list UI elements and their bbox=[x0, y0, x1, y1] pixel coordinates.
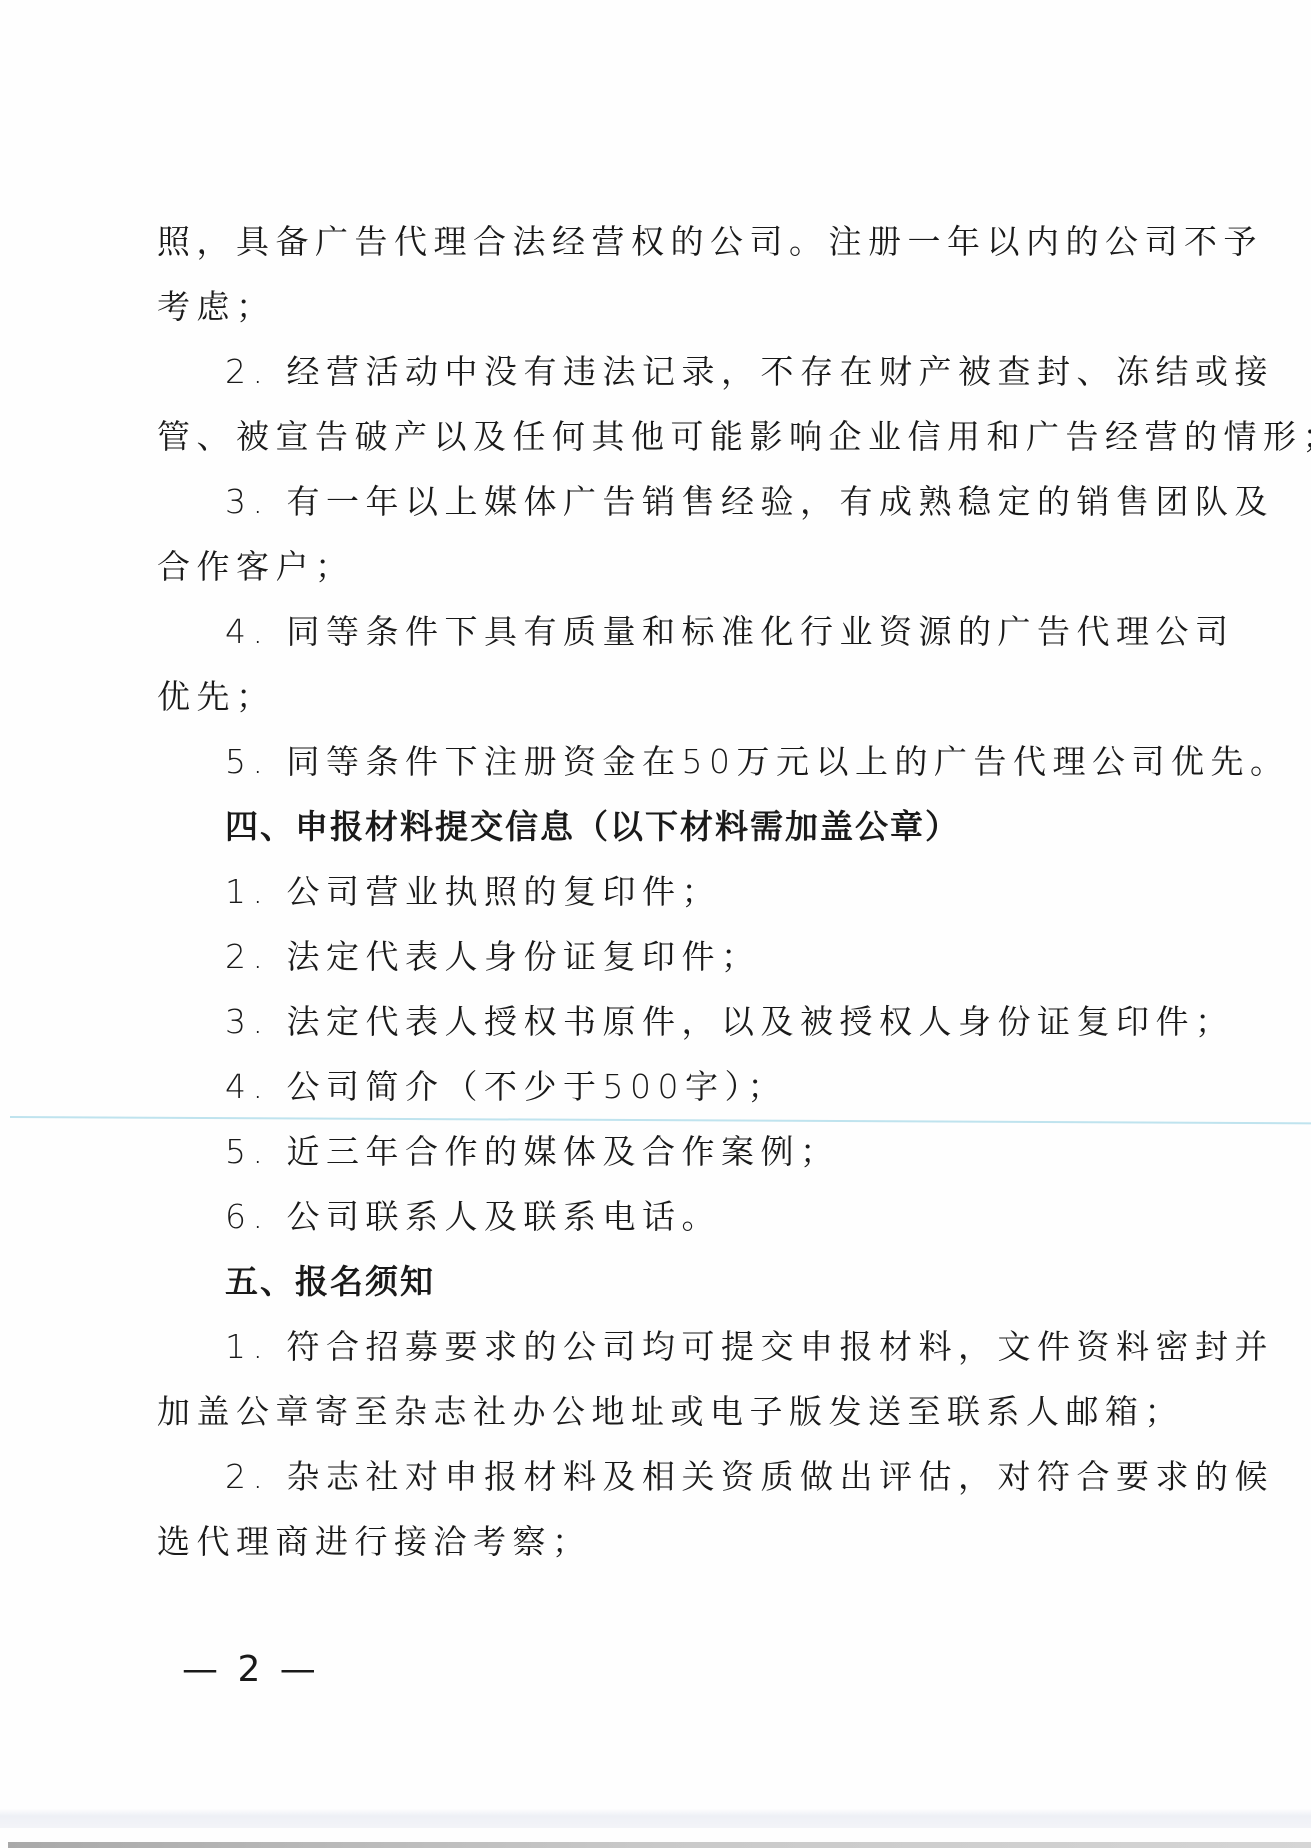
material-item-2: 2. 法定代表人身份证复印件； bbox=[225, 927, 1215, 987]
section-heading-5: 五、报名须知 bbox=[225, 1252, 1215, 1312]
notice-item-2: 2. 杂志社对申报材料及相关资质做出评估，对符合要求的候 bbox=[225, 1447, 1215, 1507]
paragraph-line-21: 选代理商进行接洽考察； bbox=[157, 1512, 1147, 1572]
paragraph-line-2: 考虑； bbox=[157, 277, 1147, 337]
scan-bottom-shadow bbox=[0, 1808, 1311, 1828]
material-item-6: 6. 公司联系人及联系电话。 bbox=[225, 1187, 1215, 1247]
requirement-item-4: 4. 同等条件下具有质量和标准化行业资源的广告代理公司 bbox=[225, 602, 1215, 662]
requirement-item-5: 5. 同等条件下注册资金在50万元以上的广告代理公司优先。 bbox=[225, 732, 1215, 792]
paragraph-line-8: 优先； bbox=[157, 667, 1147, 727]
requirement-item-2: 2. 经营活动中没有违法记录，不存在财产被查封、冻结或接 bbox=[225, 342, 1215, 402]
material-item-4: 4. 公司简介（不少于500字）； bbox=[225, 1057, 1215, 1117]
material-item-3: 3. 法定代表人授权书原件，以及被授权人身份证复印件； bbox=[225, 992, 1215, 1052]
scan-bottom-edge bbox=[8, 1842, 1311, 1848]
material-item-5: 5. 近三年合作的媒体及合作案例； bbox=[225, 1122, 1215, 1182]
paragraph-line-19: 加盖公章寄至杂志社办公地址或电子版发送至联系人邮箱； bbox=[157, 1382, 1147, 1442]
paragraph-line-6: 合作客户； bbox=[157, 537, 1147, 597]
material-item-1: 1. 公司营业执照的复印件； bbox=[225, 862, 1215, 922]
document-page: 照，具备广告代理合法经营权的公司。注册一年以内的公司不予 考虑； 2. 经营活动… bbox=[0, 0, 1311, 1848]
section-heading-4: 四、申报材料提交信息（以下材料需加盖公章） bbox=[225, 797, 1215, 857]
requirement-item-3: 3. 有一年以上媒体广告销售经验，有成熟稳定的销售团队及 bbox=[225, 472, 1215, 532]
page-number: — 2 — bbox=[182, 1640, 320, 1700]
notice-item-1: 1. 符合招募要求的公司均可提交申报材料，文件资料密封并 bbox=[225, 1317, 1215, 1377]
paragraph-line-4: 管、被宣告破产以及任何其他可能影响企业信用和广告经营的情形； bbox=[157, 407, 1147, 467]
paragraph-line-1: 照，具备广告代理合法经营权的公司。注册一年以内的公司不予 bbox=[157, 212, 1147, 272]
